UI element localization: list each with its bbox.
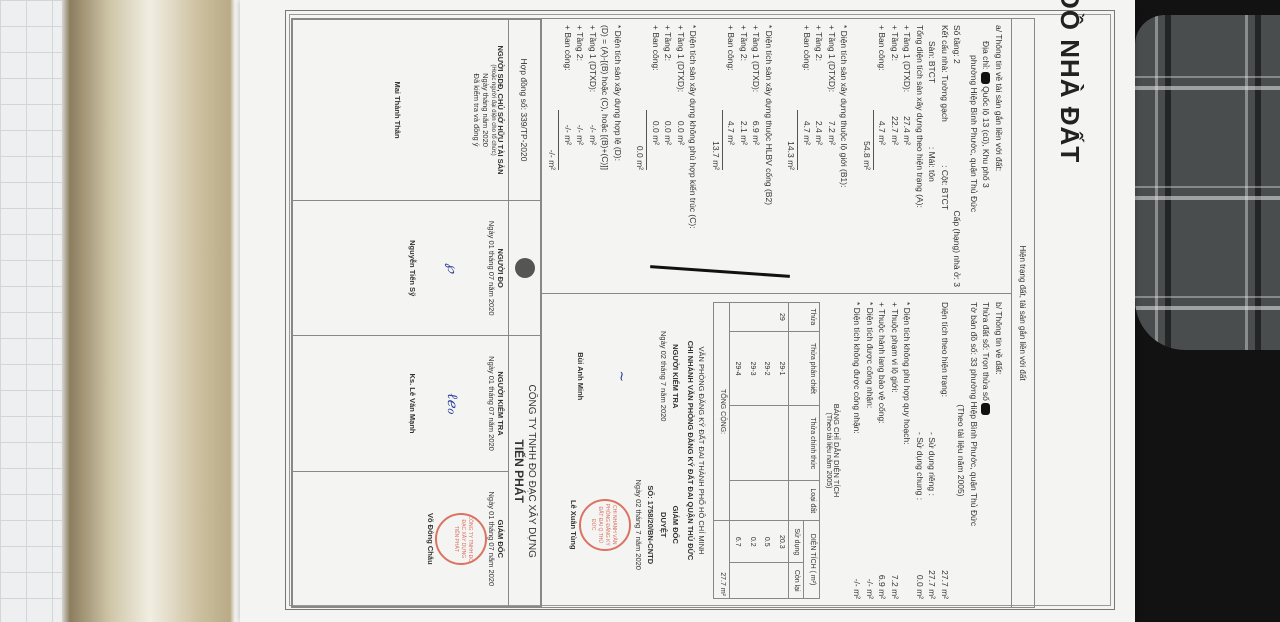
office-line2: CHI NHÁNH VĂN PHÒNG ĐĂNG KÝ ĐẤT ĐAI QUẬN… — [686, 302, 697, 599]
not-recognized-row: * Diện tích không được công nhận:-/- m² — [851, 302, 864, 599]
parcel-text: Thửa đất số: Trọn thửa số — [982, 302, 992, 401]
surveyor-title: NGƯỜI ĐO — [496, 204, 505, 332]
footer-table: Hợp đồng số: 339/TP-2020 CÔNG TY TNHH ĐO… — [292, 19, 541, 607]
shared-row: - Sử dụng chung :0.0 m² — [914, 302, 927, 599]
redaction-mark — [981, 403, 990, 415]
table-cell — [774, 481, 789, 521]
table-cell — [759, 481, 774, 521]
owner-agree: Đã kiểm tra và đồng ý — [472, 23, 481, 197]
area-row: + Tầng 1 (DTXD):-/- m² — [587, 25, 600, 287]
c-heading: * Diện tích sàn xây dựng không phù hợp k… — [687, 25, 700, 287]
area-row: + Tầng 2:2.4 m² — [813, 25, 826, 287]
col-phan-chiet: Thửa phân chiết — [789, 331, 820, 405]
total-label: TỔNG CỘNG: — [714, 303, 730, 521]
checker-title: NGƯỜI KIỂM TRA — [669, 302, 682, 451]
company-logo-icon — [516, 258, 536, 278]
table-cell: 6.7 — [730, 521, 745, 563]
redaction-mark — [981, 72, 990, 84]
company-director-date: Ngày 01 tháng 07 năm 2020 — [487, 475, 496, 603]
area-row-value: 4.7 m² — [801, 105, 814, 145]
area-row-value: 4.7 m² — [876, 105, 889, 145]
col-dien-tich: DIỆN TÍCH ( m²) — [804, 521, 820, 599]
checker-date: Ngày 02 tháng 7 năm 2020 — [657, 302, 670, 451]
d-sum: -/- m² — [546, 110, 560, 170]
not-recognized-value: -/- m² — [851, 579, 864, 599]
area-row: Diện tích theo hiện trạng:27.7 m² — [939, 302, 952, 599]
total-value: 27.7 m² — [714, 521, 730, 599]
drain-label: + Thuộc hành lang bảo vệ cống: — [876, 302, 889, 424]
company-line2: TIẾN PHÁT — [512, 339, 526, 603]
area-row-label: + Tầng 2: — [574, 25, 587, 105]
area-label: Diện tích theo hiện trạng: — [939, 302, 952, 397]
director-title: GIÁM ĐỐC — [669, 451, 682, 600]
office-checker: NGƯỜI KIỂM TRA Ngày 02 tháng 7 năm 2020 … — [567, 302, 682, 451]
table-cell: 20.3 — [774, 521, 789, 563]
recognized-label: * Diện tích được công nhận: — [864, 302, 877, 408]
address-value: Quốc lộ 13 (cũ), Khu phố 3 — [982, 86, 992, 188]
part-b-heading: b/ Thông tin về đất: — [993, 302, 1006, 599]
wall-type: Tường gạch — [939, 75, 952, 165]
private-label: - Sử dụng riêng : — [926, 432, 939, 496]
total-area-list: + Tầng 1 (DTXD):27.4 m²+ Tầng 2:22.7 m²+… — [876, 25, 914, 287]
table-cell — [759, 406, 774, 481]
company-stamp: CÔNG TY TNHH ĐO ĐẠC XÂY DỰNG TIẾN PHÁT — [435, 513, 487, 565]
table-row: 29-30.2 — [745, 303, 760, 599]
col-con-lai: Còn lại — [789, 563, 805, 599]
road-row: + Thuộc phạm vi lộ giới:7.2 m² — [889, 302, 902, 599]
contract-number: Hợp đồng số: 339/TP-2020 — [509, 20, 541, 201]
footer-signatures: Hợp đồng số: 339/TP-2020 CÔNG TY TNHH ĐO… — [291, 18, 541, 608]
area-row: + Ban công:4.7 m² — [801, 25, 814, 287]
director-approve: DUYỆT — [657, 451, 670, 600]
road-value: 7.2 m² — [889, 575, 902, 599]
area-row: + Tầng 1 (DTXD):7.2 m² — [826, 25, 839, 287]
director-name: Lê Xuân Tùng — [567, 451, 580, 600]
c-area-list: + Tầng 1 (DTXD):0.0 m²+ Tầng 2:0.0 m²+ B… — [650, 25, 688, 287]
rotated-document: ĐỒ NHÀ ĐẤT Hiện trạng đất, tài sản gắn l… — [240, 0, 1135, 622]
area-row-value: 22.7 m² — [889, 105, 902, 145]
area-value: 27.7 m² — [939, 570, 952, 599]
surveyor-cell: NGƯỜI ĐO Ngày 01 tháng 07 năm 2020 ℘ Ngu… — [293, 201, 509, 336]
b1-heading: * Diện tích sàn xây dựng thuộc lộ giới (… — [838, 25, 851, 287]
table-cell — [745, 406, 760, 481]
structure-row: Kết cấu nhà: Tường gạch: Cột: BTCT — [939, 25, 952, 287]
grid-paper-stack — [0, 0, 62, 622]
drain-row: + Thuộc hành lang bảo vệ cống:6.9 m² — [876, 302, 889, 599]
document-page: ĐỒ NHÀ ĐẤT Hiện trạng đất, tài sản gắn l… — [240, 0, 1135, 622]
area-row-label: + Ban công: — [562, 25, 575, 105]
table-cell: 0.2 — [745, 521, 760, 563]
surveyor-signature: ℘ — [417, 204, 487, 332]
b2-heading: * Diện tích sàn xây dựng thuộc HLBV cống… — [763, 25, 776, 287]
area-row-value: 2.4 m² — [813, 105, 826, 145]
checker-name: Bùi Anh Minh — [574, 302, 587, 451]
c-sum: 0.0 m² — [634, 110, 648, 170]
owner-signature — [402, 23, 472, 197]
table-cell — [730, 303, 745, 332]
recognized-row: * Diện tích được công nhận:-/- m² — [864, 302, 877, 599]
b1-area-list: + Tầng 1 (DTXD):7.2 m²+ Tầng 2:2.4 m²+ B… — [801, 25, 839, 287]
address: Địa chỉ: Quốc lộ 13 (cũ), Khu phố 3 — [980, 25, 993, 287]
area-row-label: + Tầng 1 (DTXD): — [826, 25, 839, 105]
inspector-name: Ks. Lê Văn Mạnh — [408, 339, 417, 467]
area-row: + Tầng 2:0.0 m² — [662, 25, 675, 287]
roof-type: : Mái: tôn — [926, 147, 939, 182]
area-row: + Ban công:0.0 m² — [650, 25, 663, 287]
inspector-signature: ℓℯℴ — [417, 339, 487, 467]
office-stamp: CHI NHÁNH VĂN PHÒNG ĐĂNG KÝ ĐẤT ĐAI Q.TH… — [580, 499, 632, 551]
area-row: + Ban công:4.7 m² — [876, 25, 889, 287]
area-row: + Tầng 2:2.1 m² — [738, 25, 751, 287]
area-row-label: + Ban công: — [876, 25, 889, 105]
parcel: Thửa đất số: Trọn thửa số — [980, 302, 993, 599]
area-row-value: -/- m² — [562, 105, 575, 145]
area-row-label: + Tầng 1 (DTXD): — [587, 25, 600, 105]
surveyor-date: Ngày 01 tháng 07 năm 2020 — [487, 204, 496, 332]
company-name: CÔNG TY TNHH ĐO ĐẠC XÂY DỰNG TIẾN PHÁT — [509, 336, 541, 607]
company-director-title: GIÁM ĐỐC — [496, 475, 505, 603]
table-cell — [759, 303, 774, 332]
inspector-title: NGƯỜI KIỂM TRA — [496, 339, 505, 467]
area-row-value: 7.2 m² — [826, 105, 839, 145]
area-row-label: + Tầng 2: — [813, 25, 826, 105]
table-row: 29-46.7 — [730, 303, 745, 599]
plaid-fabric — [1135, 15, 1280, 350]
company-director-name: Võ Đông Châu — [426, 475, 435, 603]
table-cell: 29-1 — [774, 331, 789, 405]
b1-sum: 14.3 m² — [785, 110, 799, 170]
col-su-dung: Sử dụng — [789, 521, 805, 563]
recognized-value: -/- m² — [864, 579, 877, 599]
area-row: + Tầng 1 (DTXD):27.4 m² — [901, 25, 914, 287]
area-row-label: + Tầng 2: — [662, 25, 675, 105]
area-row-value: -/- m² — [587, 105, 600, 145]
area-row-value: 2.1 m² — [738, 105, 751, 145]
nonconform-heading: * Diện tích không phù hợp quy hoạch: — [901, 302, 914, 599]
owner-name: Mai Thành Thân — [393, 23, 402, 197]
b2-sum: 13.7 m² — [710, 110, 724, 170]
office-line1: VĂN PHÒNG ĐĂNG KÝ ĐẤT ĐAI THÀNH PHỐ HỒ C… — [697, 302, 708, 599]
table-total-row: TỔNG CỘNG: 27.7 m² — [714, 303, 730, 599]
table-cell: 29-3 — [745, 331, 760, 405]
floor-label: Sàn: — [926, 41, 939, 59]
total-sum: 54.8 m² — [861, 110, 875, 170]
office-director: GIÁM ĐỐC DUYỆT SỐ: 1758/20/BN-CNTD Ngày … — [567, 451, 682, 600]
area-row-label: + Ban công: — [650, 25, 663, 105]
table-row: 29-20.5 — [759, 303, 774, 599]
area-row-label: + Ban công: — [801, 25, 814, 105]
map-sheet: Tờ bản đồ số: 33 phường Hiệp Bình Phước,… — [968, 302, 981, 599]
area-row-label: + Tầng 1 (DTXD): — [901, 25, 914, 105]
area-row: + Ban công:-/- m² — [562, 25, 575, 287]
area-row-value: -/- m² — [574, 105, 587, 145]
area-row: + Ban công:4.7 m² — [725, 25, 738, 287]
table-cell — [745, 563, 760, 599]
inspector-date: Ngày 01 tháng 07 năm 2020 — [487, 339, 496, 467]
company-director-cell: GIÁM ĐỐC Ngày 01 tháng 07 năm 2020 CÔNG … — [293, 471, 509, 606]
company-line1: CÔNG TY TNHH ĐO ĐẠC XÂY DỰNG — [526, 339, 537, 603]
inspector-cell: NGƯỜI KIỂM TRA Ngày 01 tháng 07 năm 2020… — [293, 336, 509, 471]
private-row: - Sử dụng riêng :27.7 m² — [926, 302, 939, 599]
owner-date: Ngày tháng năm 2020 — [481, 23, 490, 197]
col-chinh-thuc: Thửa chính thức — [789, 406, 820, 481]
house-grade: Cấp (hạng) nhà ở: 3 — [951, 211, 964, 287]
table-cell: 29-4 — [730, 331, 745, 405]
area-index-body: 2929-120.329-20.529-30.229-46.7 — [730, 303, 789, 599]
total-heading: Tổng diện tích sàn xây dựng theo hiện tr… — [914, 25, 927, 287]
table-cell — [730, 563, 745, 599]
address-line2: phường Hiệp Bình Phước, quận Thủ Đức — [968, 25, 981, 287]
not-recognized-label: * Diện tích không được công nhận: — [851, 302, 864, 434]
section-header: Hiện trạng đất, tài sản gắn liền với đất — [1011, 18, 1035, 608]
area-row-value: 0.0 m² — [662, 105, 675, 145]
d-area-list: + Tầng 1 (DTXD):-/- m²+ Tầng 2:-/- m²+ B… — [562, 25, 600, 287]
column-type: : Cột: BTCT — [939, 165, 952, 210]
part-b-land-info: b/ Thông tin về đất: Thửa đất số: Trọn t… — [541, 293, 1011, 608]
checker-signature: ~ — [587, 302, 657, 451]
area-row: + Tầng 2:-/- m² — [574, 25, 587, 287]
table-cell — [730, 481, 745, 521]
registration-office: VĂN PHÒNG ĐĂNG KÝ ĐẤT ĐAI THÀNH PHỐ HỒ C… — [686, 302, 708, 599]
area-row-value: 27.4 m² — [901, 105, 914, 145]
area-row-value: 4.7 m² — [725, 105, 738, 145]
area-row-label: + Tầng 2: — [738, 25, 751, 105]
director-number: SỐ: 1758/20/BN-CNTD — [644, 451, 657, 600]
shared-value: 0.0 m² — [914, 575, 927, 599]
area-row-label: + Tầng 2: — [889, 25, 902, 105]
area-index-table: Thửa Thửa phân chiết Thửa chính thức Loạ… — [714, 302, 821, 599]
d-formula: (D) = (A)-[(B) hoặc (C), hoặc [(B)+(C)]] — [599, 25, 612, 287]
shared-label: - Sử dụng chung : — [914, 432, 927, 500]
office-signatures: NGƯỜI KIỂM TRA Ngày 02 tháng 7 năm 2020 … — [567, 302, 682, 599]
owner-title: NGƯỜI SDĐ, CHỦ SỞ HỮU TÀI SẢN — [496, 23, 505, 197]
col-thua: Thửa — [789, 303, 820, 332]
company-logo-cell — [509, 201, 541, 336]
area-row-label: + Tầng 1 (DTXD): — [675, 25, 688, 105]
part-a-building-info: a/ Thông tin về tài sản gắn liền với đất… — [541, 18, 1011, 293]
d-heading: * Diện tích sàn xây dựng hợp lệ (D): — [612, 25, 625, 287]
table-cell: 29 — [774, 303, 789, 332]
area-row-value: 0.0 m² — [650, 105, 663, 145]
floors: Số tầng: 2 — [951, 25, 964, 64]
area-row: + Tầng 2:22.7 m² — [889, 25, 902, 287]
structure-label: Kết cấu nhà: — [939, 25, 952, 73]
table-title: BẢNG CHỈ DẪN DIỆN TÍCH — [832, 302, 841, 599]
table-cell — [745, 303, 760, 332]
area-row-label: + Ban công: — [725, 25, 738, 105]
table-cell — [745, 481, 760, 521]
area-row: + Tầng 1 (DTXD):0.0 m² — [675, 25, 688, 287]
table-cell: 0.5 — [759, 521, 774, 563]
area-row-label: + Tầng 1 (DTXD): — [750, 25, 763, 105]
table-cell — [774, 563, 789, 599]
road-label: + Thuộc phạm vi lộ giới: — [889, 302, 902, 393]
surveyor-name: Nguyễn Tiến Sỹ — [408, 204, 417, 332]
table-cell: 29-2 — [759, 331, 774, 405]
table-subtitle: (Theo tài liệu năm 2005) — [824, 302, 832, 599]
table-cell — [759, 563, 774, 599]
area-row-value: 0.0 m² — [675, 105, 688, 145]
owner-cell: NGƯỜI SDĐ, CHỦ SỞ HỮU TÀI SẢN (Hoặc ngườ… — [293, 20, 509, 201]
table-cell — [774, 406, 789, 481]
floor-row: Sàn: BTCT: Mái: tôn — [926, 25, 939, 287]
address-label: Địa chỉ: — [982, 41, 992, 69]
col-loai-dat: Loại đất — [789, 481, 820, 521]
area-row-value: 6.9 m² — [750, 105, 763, 145]
floors-row: Số tầng: 2Cấp (hạng) nhà ở: 3 — [951, 25, 964, 287]
area-row: + Tầng 1 (DTXD):6.9 m² — [750, 25, 763, 287]
table-row: 2929-120.3 — [774, 303, 789, 599]
private-value: 27.7 m² — [926, 570, 939, 599]
table-cell — [730, 406, 745, 481]
data-source: (Theo tài liệu năm 2005) — [955, 302, 968, 599]
b2-area-list: + Tầng 1 (DTXD):6.9 m²+ Tầng 2:2.1 m²+ B… — [725, 25, 763, 287]
floor-type: BTCT — [926, 61, 939, 147]
document-title: ĐỒ NHÀ ĐẤT — [1054, 0, 1085, 163]
part-a-heading: a/ Thông tin về tài sản gắn liền với đất… — [993, 25, 1006, 287]
drain-value: 6.9 m² — [876, 575, 889, 599]
director-date: Ngày 02 tháng 7 năm 2020 — [632, 451, 645, 600]
